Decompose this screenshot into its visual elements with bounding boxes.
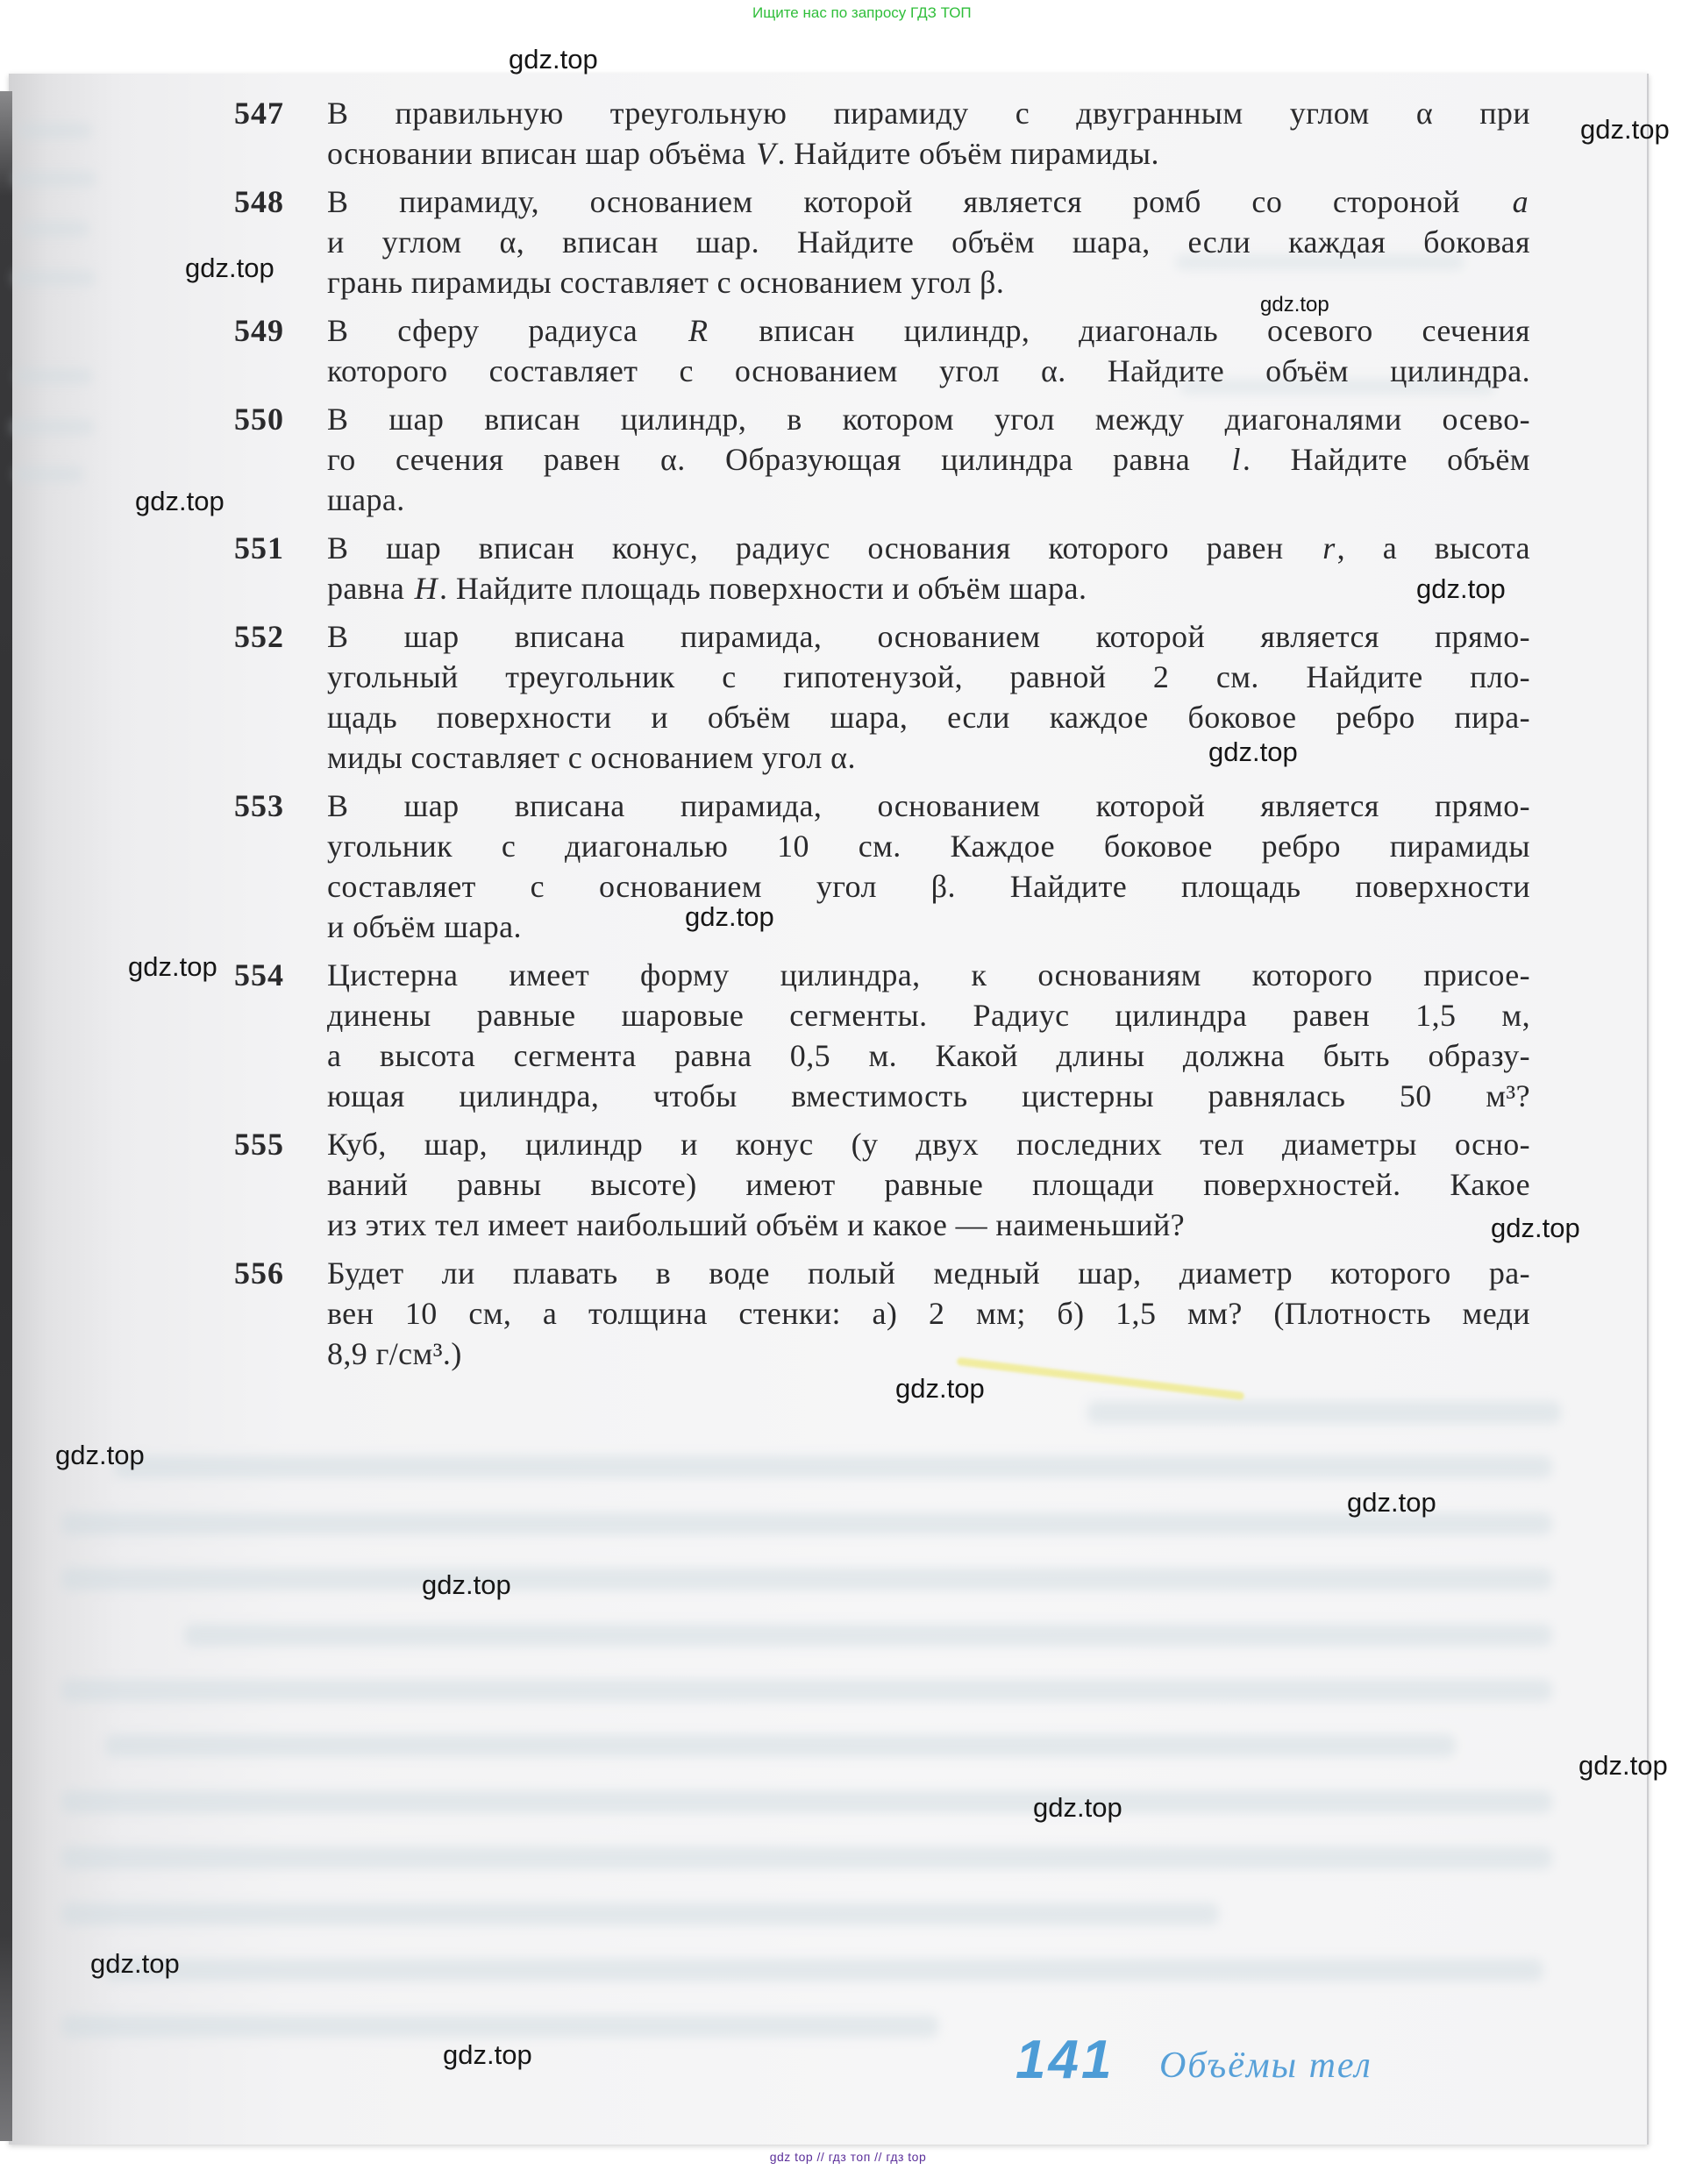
ghost-text-line bbox=[114, 1455, 1552, 1478]
problem-line: В правильную треугольную пирамиду с двуг… bbox=[327, 93, 1530, 133]
problem-number: 551 bbox=[234, 528, 327, 608]
ghost-text-line bbox=[61, 1846, 1552, 1869]
ghost-text-line bbox=[61, 1568, 1552, 1590]
ghost-text-line bbox=[61, 1679, 1552, 1702]
problem-text: В шар вписан цилиндр, в котором угол меж… bbox=[327, 399, 1530, 520]
problem-line: В шар вписан цилиндр, в котором угол меж… bbox=[327, 399, 1530, 439]
gdz-top-watermark: gdz.top bbox=[895, 1373, 985, 1405]
book-spine-edge bbox=[0, 91, 12, 2141]
gdz-top-watermark: gdz.top bbox=[1033, 1792, 1122, 1824]
gdz-top-watermark: gdz.top bbox=[509, 44, 598, 75]
problem-line: равна H. Найдите площадь поверхности и о… bbox=[327, 568, 1530, 608]
problem-number: 550 bbox=[234, 399, 327, 520]
gdz-top-watermark: gdz.top bbox=[128, 951, 217, 983]
gdz-top-watermark: gdz.top bbox=[90, 1948, 180, 1980]
ghost-text-line bbox=[14, 466, 84, 482]
problem-line: В сферу радиуса R вписан цилиндр, диагон… bbox=[327, 310, 1530, 351]
gdz-top-watermark: gdz.top bbox=[443, 2039, 532, 2071]
problem-line: ваний равны высоте) имеют равные площади… bbox=[327, 1164, 1530, 1205]
problem-line: ющая цилиндра, чтобы вместимость цистерн… bbox=[327, 1076, 1530, 1116]
problem-number: 554 bbox=[234, 955, 327, 1116]
problem-text: Куб, шар, цилиндр и конус (у двух послед… bbox=[327, 1124, 1530, 1245]
problem-text: В шар вписана пирамида, основанием котор… bbox=[327, 786, 1530, 947]
problem-line: 8,9 г/см³.) bbox=[327, 1334, 1530, 1374]
ghost-text-line bbox=[13, 171, 96, 187]
problem-number: 552 bbox=[234, 616, 327, 778]
problem-number: 547 bbox=[234, 93, 327, 174]
problem-row: 551 В шар вписан конус, радиус основания… bbox=[234, 528, 1530, 608]
problem-text: В пирамиду, основанием которой является … bbox=[327, 181, 1530, 302]
problem-text: В шар вписана пирамида, основанием котор… bbox=[327, 616, 1530, 778]
problems-list: 547 В правильную треугольную пирамиду с … bbox=[234, 93, 1530, 1382]
ghost-text-line bbox=[61, 1512, 1552, 1535]
problem-text: Будет ли плавать в воде полый медный шар… bbox=[327, 1253, 1530, 1374]
problem-row: 553 В шар вписана пирамида, основанием к… bbox=[234, 786, 1530, 947]
problem-line: щадь поверхности и объём шара, если кажд… bbox=[327, 697, 1530, 737]
problem-line: В шар вписан конус, радиус основания кот… bbox=[327, 528, 1530, 568]
problem-text: В сферу радиуса R вписан цилиндр, диагон… bbox=[327, 310, 1530, 391]
gdz-top-watermark: gdz.top bbox=[1260, 293, 1329, 317]
problem-row: 556 Будет ли плавать в воде полый медный… bbox=[234, 1253, 1530, 1374]
ghost-text-line bbox=[19, 221, 89, 237]
scanned-textbook-page: { "header": { "promo": "Ищите нас по зап… bbox=[0, 0, 1696, 2184]
problem-line: динены равные шаровые сегменты. Радиус ц… bbox=[327, 995, 1530, 1035]
gdz-top-watermark: gdz.top bbox=[1578, 1750, 1668, 1782]
problem-text: Цистерна имеет форму цилиндра, к основан… bbox=[327, 955, 1530, 1116]
gdz-top-watermark: gdz.top bbox=[685, 901, 774, 933]
problem-text: В правильную треугольную пирамиду с двуг… bbox=[327, 93, 1530, 174]
problem-line: В шар вписана пирамида, основанием котор… bbox=[327, 786, 1530, 826]
problem-line: вен 10 см, а толщина стенки: а) 2 мм; б)… bbox=[327, 1293, 1530, 1334]
problem-row: 550 В шар вписан цилиндр, в котором угол… bbox=[234, 399, 1530, 520]
promo-banner-text: Ищите нас по запросу ГДЗ ТОП bbox=[752, 4, 972, 22]
problem-number: 549 bbox=[234, 310, 327, 391]
problem-row: 554 Цистерна имеет форму цилиндра, к осн… bbox=[234, 955, 1530, 1116]
problem-line: и углом α, вписан шар. Найдите объём шар… bbox=[327, 222, 1530, 262]
problem-line: и объём шара. bbox=[327, 907, 1530, 947]
problem-number: 556 bbox=[234, 1253, 327, 1374]
problem-row: 548 В пирамиду, основанием которой являе… bbox=[234, 181, 1530, 302]
problem-line: угольник с диагональю 10 см. Каждое боко… bbox=[327, 826, 1530, 866]
gdz-top-watermark: gdz.top bbox=[422, 1569, 511, 1601]
ghost-text-line bbox=[61, 1790, 1552, 1813]
gdz-top-watermark: gdz.top bbox=[1491, 1213, 1580, 1244]
problem-row: 549 В сферу радиуса R вписан цилиндр, ди… bbox=[234, 310, 1530, 391]
problem-row: 547 В правильную треугольную пирамиду с … bbox=[234, 93, 1530, 174]
problem-line: а высота сегмента равна 0,5 м. Какой дли… bbox=[327, 1035, 1530, 1076]
gdz-top-watermark: gdz.top bbox=[135, 486, 224, 517]
ghost-text-line bbox=[16, 368, 93, 384]
problem-text: В шар вписан конус, радиус основания кот… bbox=[327, 528, 1530, 608]
ghost-text-line bbox=[61, 1903, 1219, 1925]
ghost-text-line bbox=[12, 270, 96, 286]
problem-line: миды составляет с основанием угол α. bbox=[327, 737, 1530, 778]
gdz-top-watermark: gdz.top bbox=[1580, 114, 1670, 146]
problem-line: В шар вписана пирамида, основанием котор… bbox=[327, 616, 1530, 657]
ghost-text-line bbox=[184, 1624, 1552, 1647]
problem-line: которого составляет с основанием угол α.… bbox=[327, 351, 1530, 391]
gdz-top-watermark: gdz.top bbox=[1208, 736, 1298, 768]
gdz-top-watermark: gdz.top bbox=[55, 1440, 145, 1471]
gdz-top-watermark: gdz.top bbox=[1416, 573, 1506, 605]
ghost-text-line bbox=[61, 2015, 938, 2038]
gdz-top-watermark: gdz.top bbox=[1347, 1487, 1436, 1519]
ghost-text-line bbox=[11, 419, 95, 435]
chapter-title: Объёмы тел bbox=[1159, 2045, 1372, 2087]
problem-line: Будет ли плавать в воде полый медный шар… bbox=[327, 1253, 1530, 1293]
problem-line: Цистерна имеет форму цилиндра, к основан… bbox=[327, 955, 1530, 995]
problem-row: 555 Куб, шар, цилиндр и конус (у двух по… bbox=[234, 1124, 1530, 1245]
problem-row: 552 В шар вписана пирамида, основанием к… bbox=[234, 616, 1530, 778]
page-number: 141 bbox=[1015, 2029, 1114, 2091]
problem-line: основании вписан шар объёма V. Найдите о… bbox=[327, 133, 1530, 174]
ghost-text-line bbox=[105, 1959, 1543, 1981]
problem-number: 555 bbox=[234, 1124, 327, 1245]
problem-line: грань пирамиды составляет с основанием у… bbox=[327, 262, 1530, 302]
problem-line: В пирамиду, основанием которой является … bbox=[327, 181, 1530, 222]
problem-line: шара. bbox=[327, 480, 1530, 520]
problem-number: 548 bbox=[234, 181, 327, 302]
problem-line: го сечения равен α. Образующая цилиндра … bbox=[327, 439, 1530, 480]
problem-line: Куб, шар, цилиндр и конус (у двух послед… bbox=[327, 1124, 1530, 1164]
ghost-text-line bbox=[1087, 1401, 1561, 1424]
bottom-watermark-line: gdz top // гдз топ // гдз top bbox=[0, 2150, 1696, 2164]
gdz-top-watermark: gdz.top bbox=[185, 253, 274, 284]
problem-number: 553 bbox=[234, 786, 327, 947]
problem-line: угольный треугольник с гипотенузой, равн… bbox=[327, 657, 1530, 697]
problem-line: из этих тел имеет наибольший объём и как… bbox=[327, 1205, 1530, 1245]
problem-line: составляет с основанием угол β. Найдите … bbox=[327, 866, 1530, 907]
ghost-text-line bbox=[105, 1734, 1456, 1757]
ghost-text-line bbox=[18, 123, 92, 139]
